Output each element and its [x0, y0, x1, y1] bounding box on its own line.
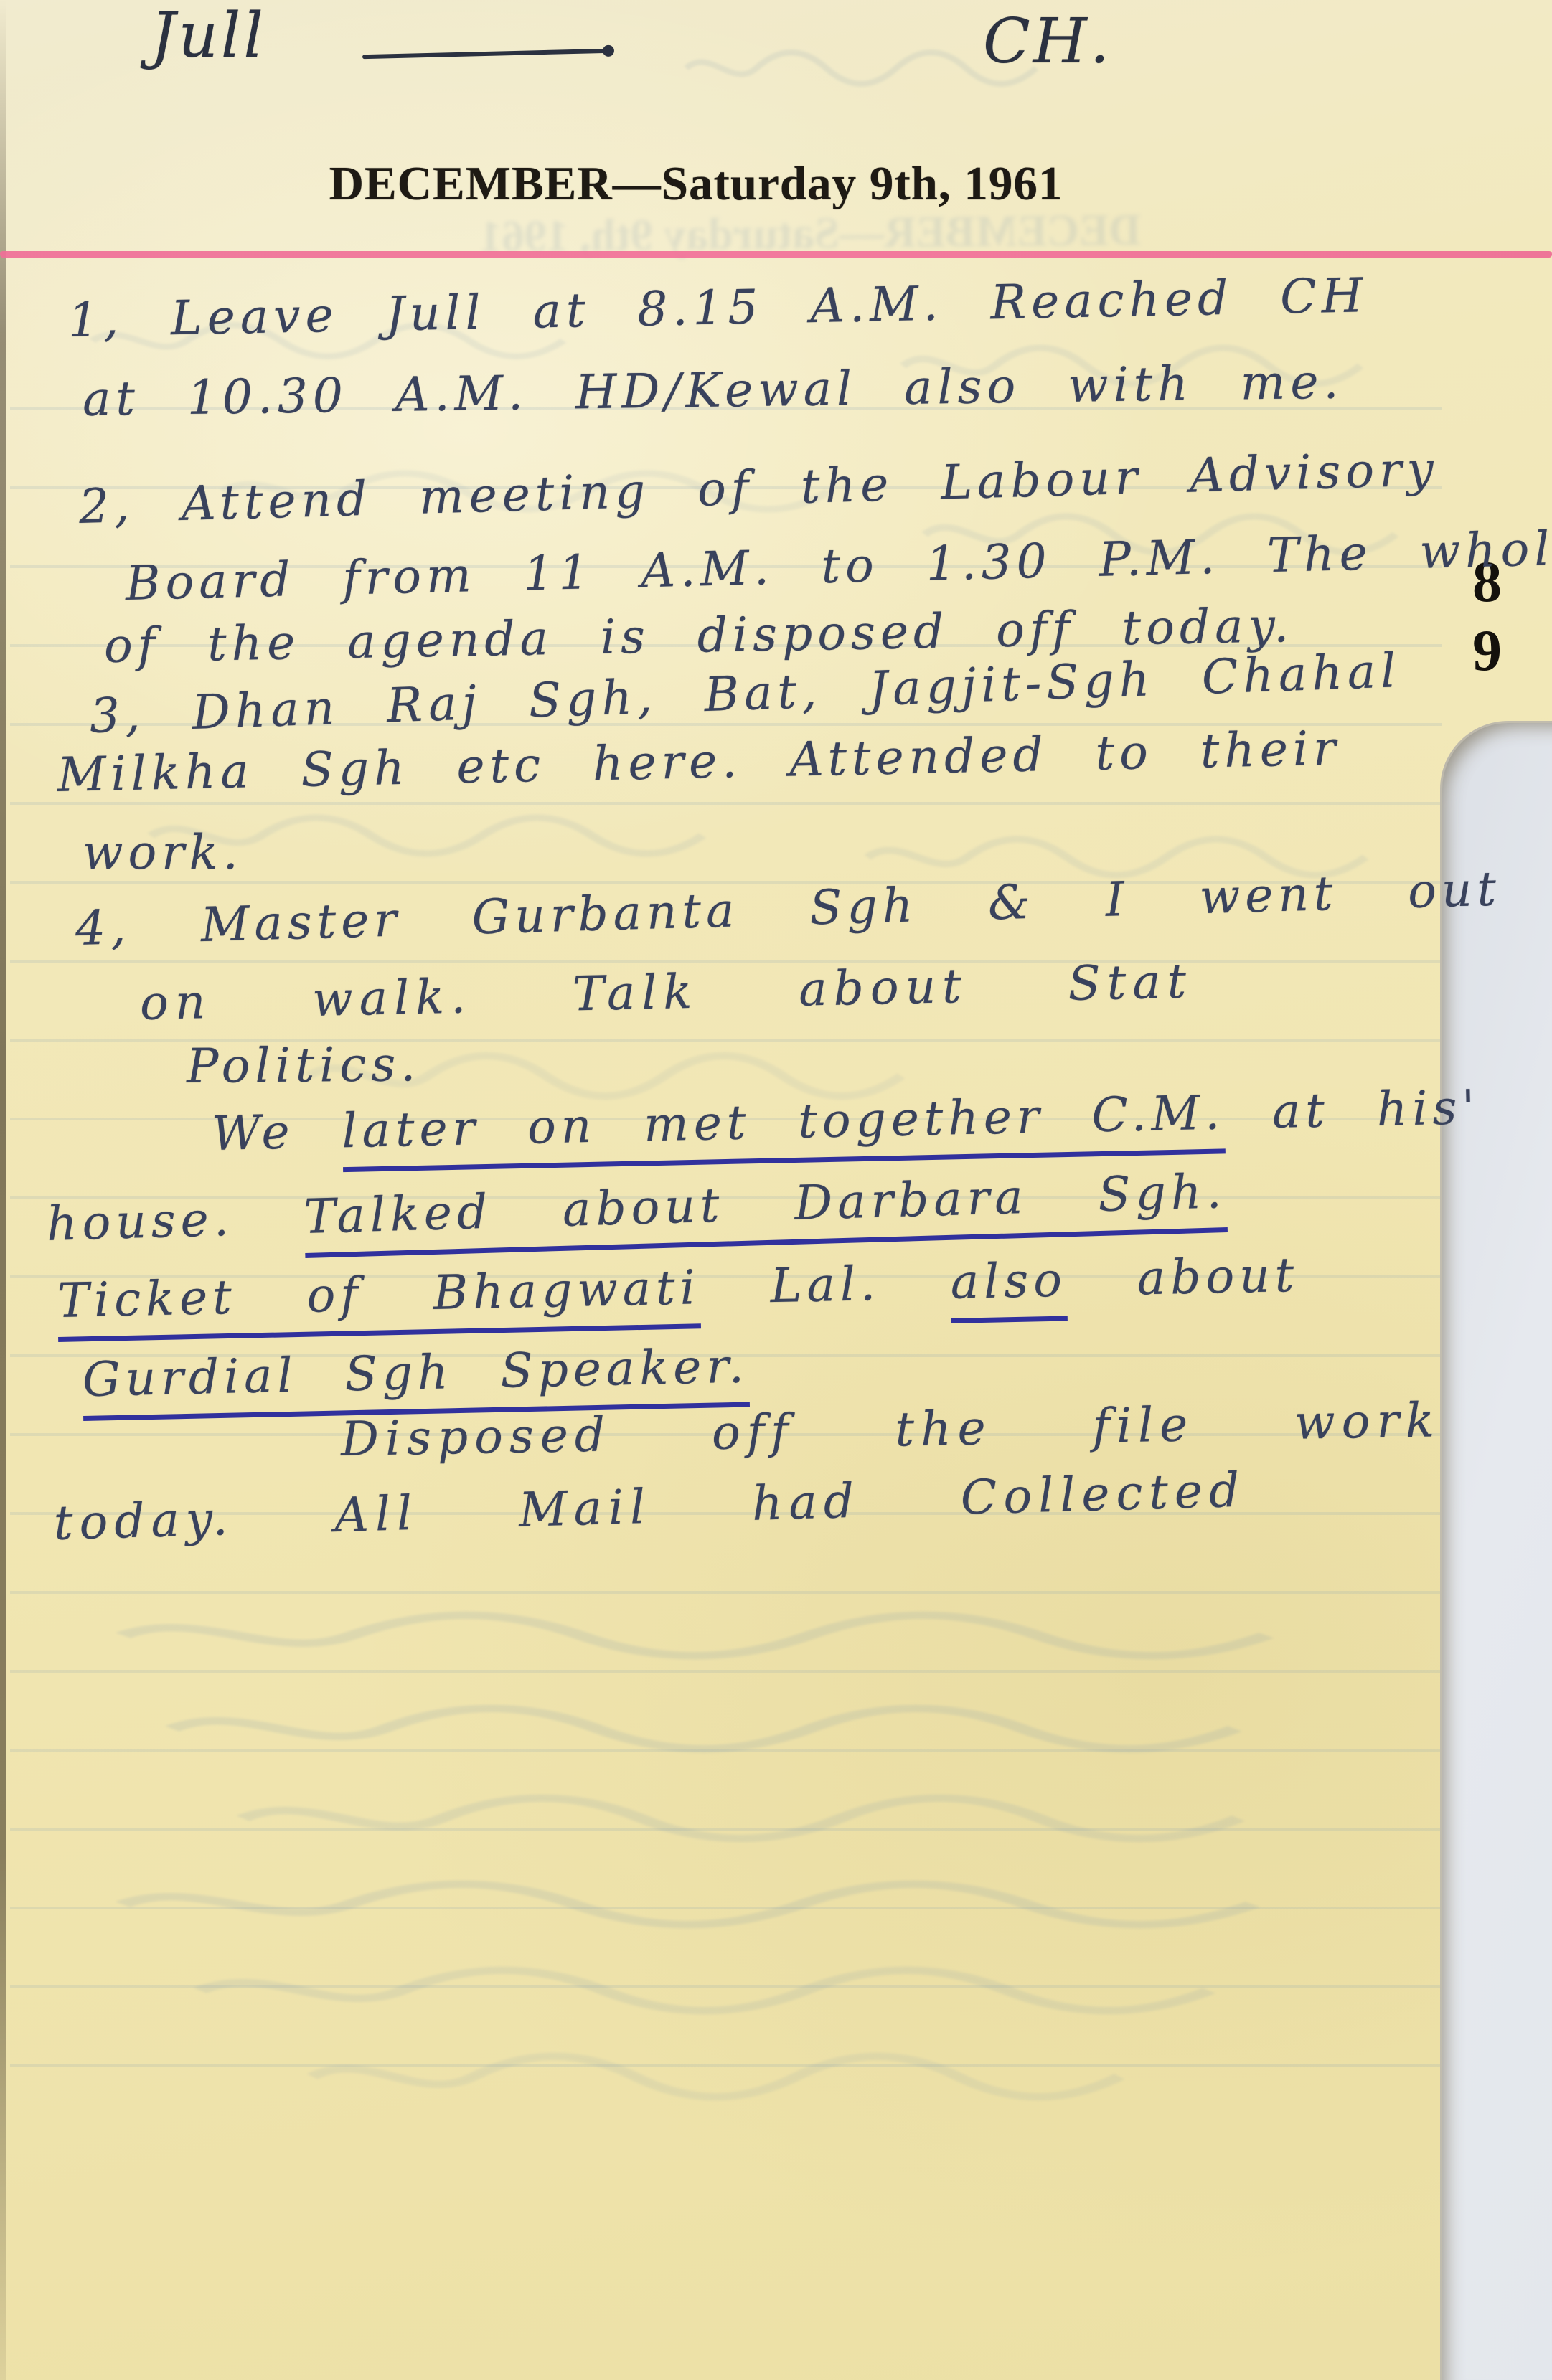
bleed-through-stroke: [230, 1786, 1292, 1851]
bleed-through-stroke: [187, 1958, 1263, 2023]
bleed-through-stroke: [108, 1603, 1327, 1668]
diary-line-text: house.: [46, 1189, 305, 1252]
location-annotation: Jull: [151, 0, 266, 72]
destination-annotation: CH.: [983, 6, 1112, 77]
underlined-phrase: also: [950, 1252, 1068, 1323]
diary-line-text: We: [211, 1103, 342, 1161]
printed-date-header: DECEMBER—Saturday 9th, 1961: [326, 156, 1066, 212]
diary-line-text: Lal.: [700, 1255, 951, 1315]
margin-page-number: 9: [1472, 621, 1537, 680]
bleed-through-stroke: [158, 1696, 1292, 1761]
diary-line: Politics.: [187, 1036, 421, 1094]
diary-line-text: at his': [1224, 1080, 1480, 1140]
underlying-page-corner: [1440, 721, 1552, 2380]
bleed-through-stroke: [108, 1872, 1313, 1937]
scan-left-edge-shadow: [0, 0, 6, 2380]
annotation-dash-stroke: [362, 49, 610, 59]
pink-rule-line: [0, 251, 1552, 258]
diary-line-text: Politics.: [187, 1036, 421, 1094]
diary-line-text: about: [1066, 1247, 1299, 1308]
bleed-through-stroke: [301, 2044, 1162, 2109]
diary-line: work.: [83, 825, 243, 880]
diary-page-scan: DECEMBER—Saturday 9th, 1961 Jull CH. DEC…: [0, 0, 1552, 2380]
underlined-phrase: Ticket of Bhagwati: [57, 1260, 701, 1342]
diary-line-text: work.: [83, 825, 243, 880]
